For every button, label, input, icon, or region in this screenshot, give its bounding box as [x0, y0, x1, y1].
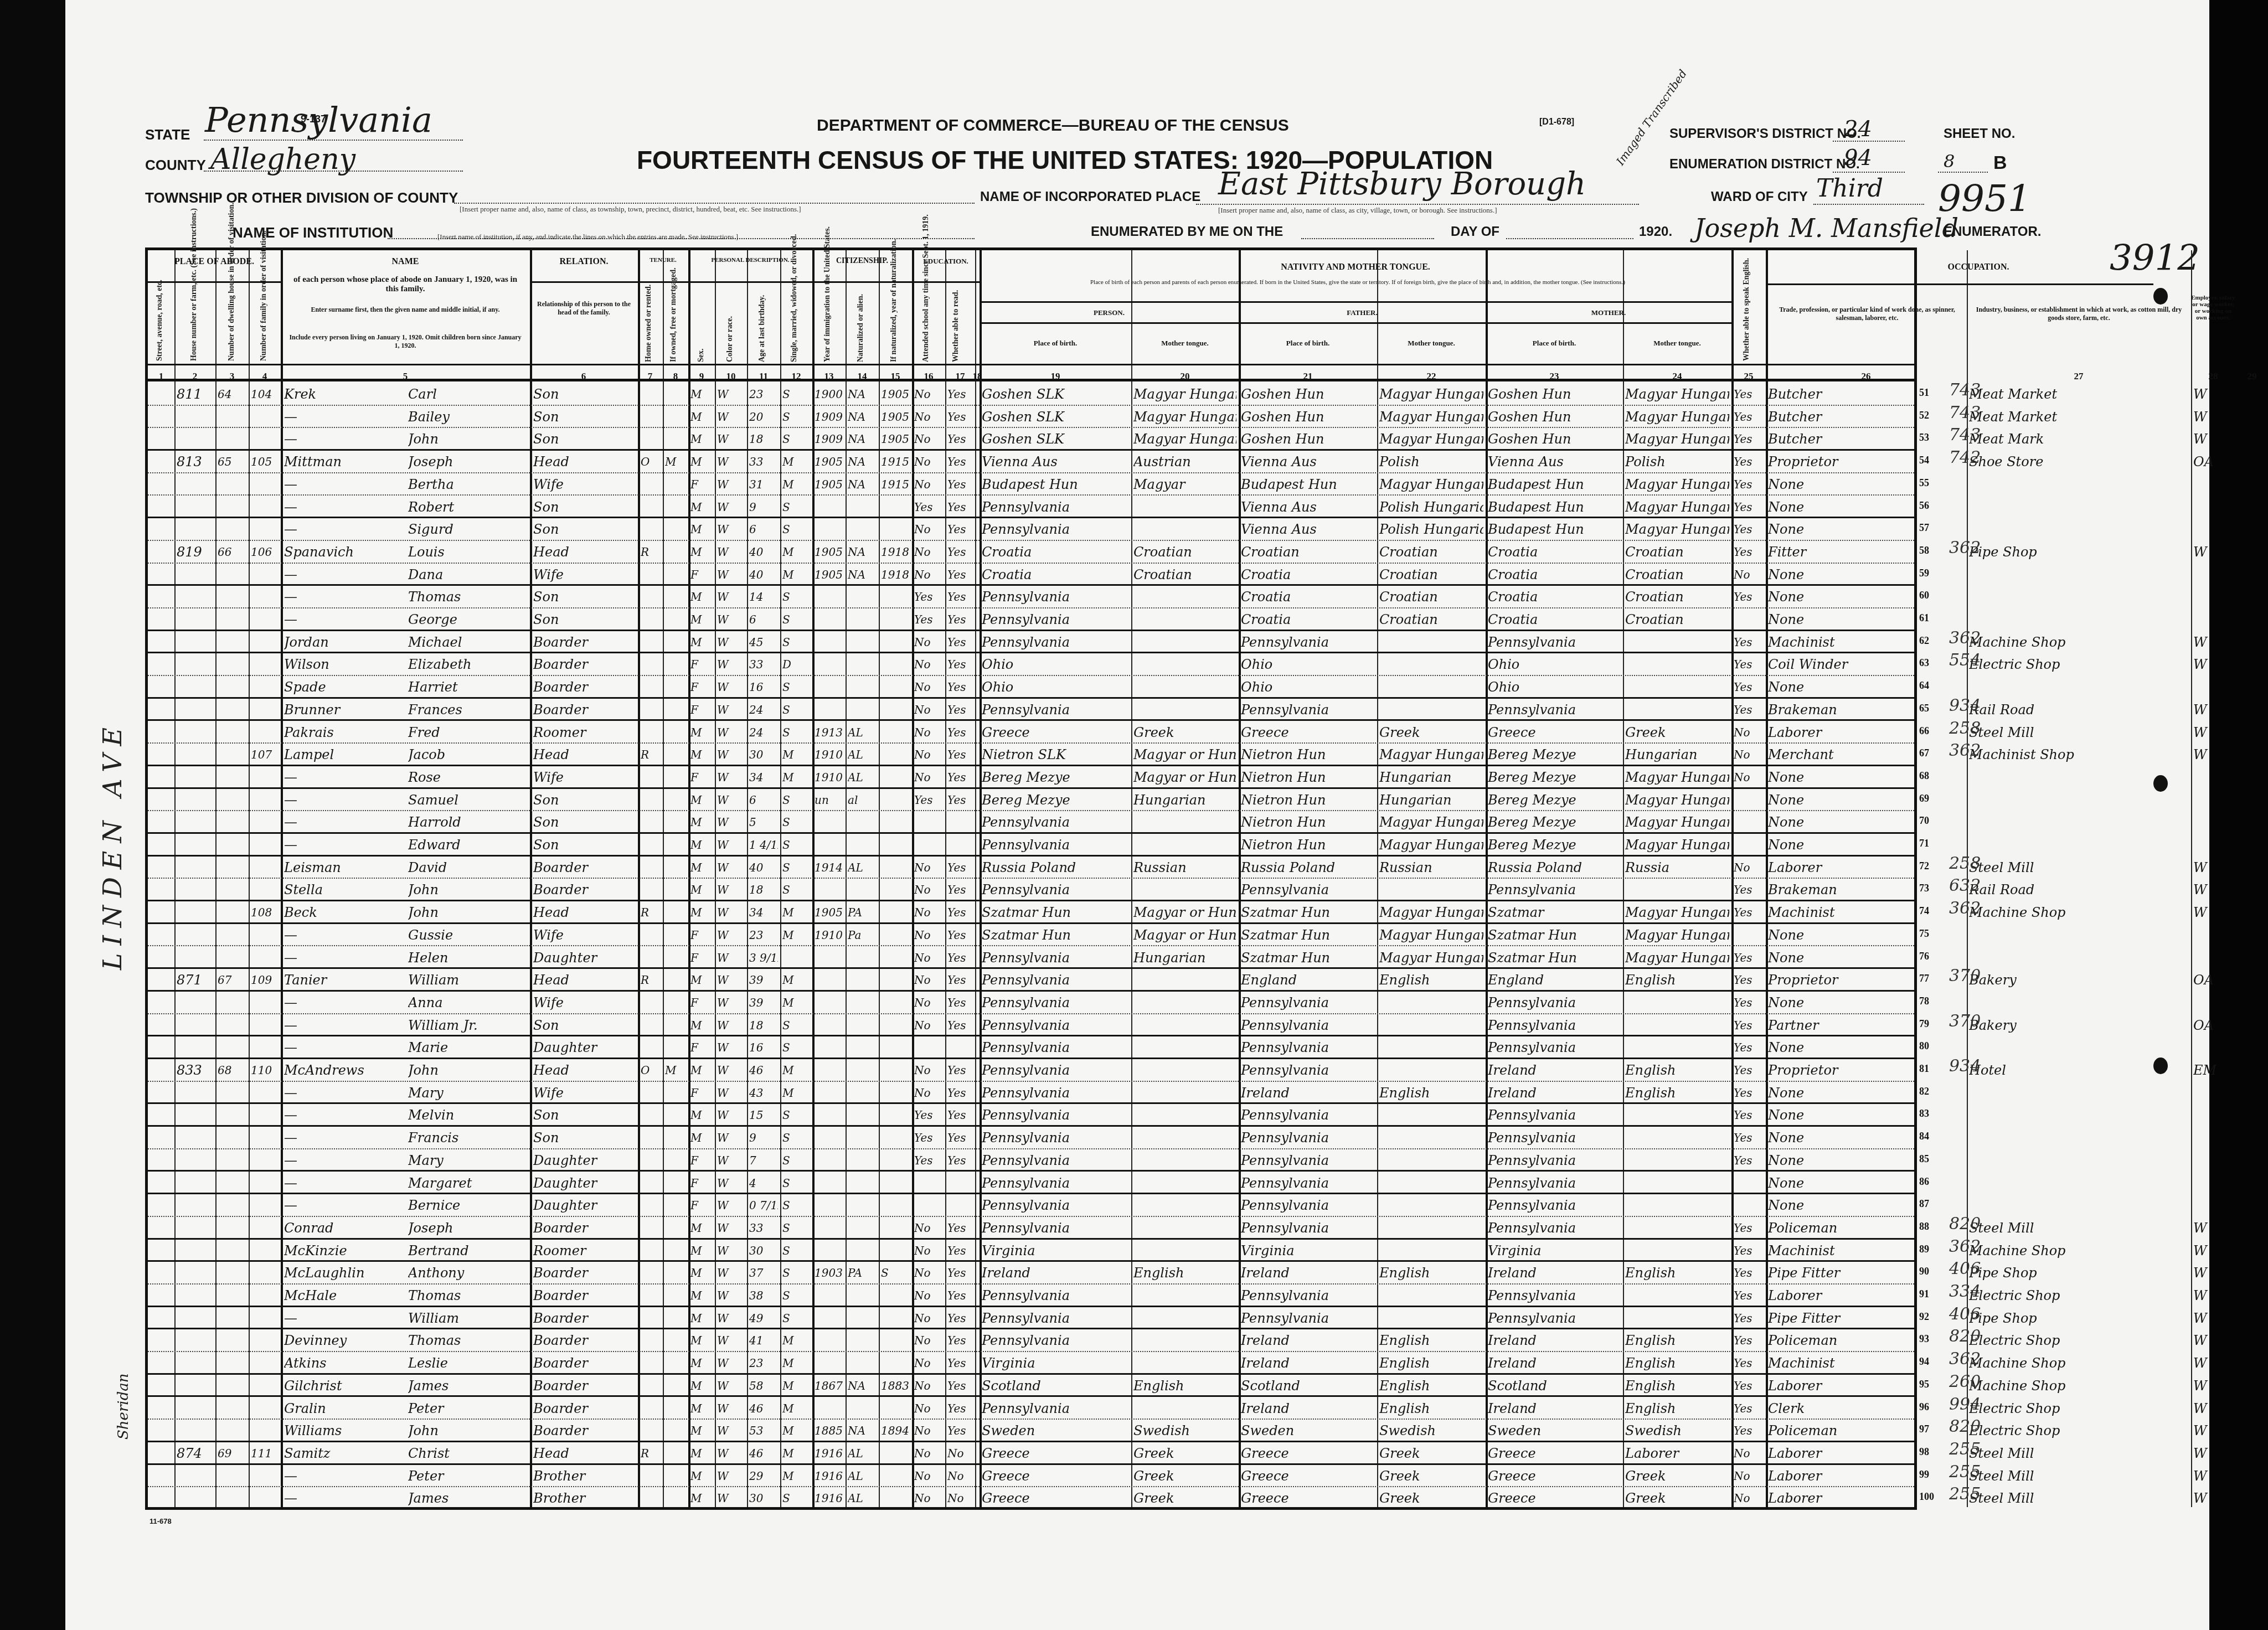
cell-sex: M: [690, 859, 713, 876]
cell-marital: S: [782, 430, 810, 448]
column-number: 4: [254, 371, 276, 382]
line-number: 73: [1919, 883, 1929, 894]
cell-race: W: [717, 949, 745, 967]
cell-class: OA: [2193, 1017, 2233, 1034]
cell-surname: —: [284, 520, 406, 538]
cell-race: W: [717, 994, 745, 1012]
cell-marital: S: [782, 678, 810, 696]
cell-trade: None: [1768, 768, 1965, 786]
cell-english: Yes: [1734, 971, 1765, 989]
margin-code: 362: [1949, 1349, 1981, 1369]
cell-class: W: [2193, 1309, 2233, 1327]
cell-m_tongue: Magyar Hungarian: [1625, 430, 1729, 448]
cell-marital: M: [782, 746, 810, 764]
cell-given: Bailey: [408, 408, 529, 426]
cell-given: John: [408, 904, 529, 921]
cell-industry: Meat Mark: [1969, 430, 2189, 448]
cell-f_tongue: English: [1379, 1377, 1483, 1395]
cell-home: R: [641, 904, 662, 921]
cell-english: Yes: [1734, 1354, 1765, 1372]
cell-f_tongue: Hungarian: [1379, 791, 1483, 809]
line-number: 70: [1919, 815, 1929, 827]
cell-nat: PA: [848, 904, 878, 921]
cell-relation: Wife: [533, 768, 636, 786]
cell-f_pob: Virginia: [1241, 1242, 1375, 1260]
sheet-label: SHEET NO.: [1944, 126, 2015, 142]
cell-f_tongue: Hungarian: [1379, 768, 1483, 786]
cell-age: 4: [749, 1174, 778, 1192]
cell-f_tongue: English: [1379, 971, 1483, 989]
cell-age: 39: [749, 971, 778, 989]
cell-m_tongue: Magyar Hungarian: [1625, 476, 1729, 493]
cell-f_pob: Pennsylvania: [1241, 1106, 1375, 1124]
cell-given: Dana: [408, 566, 529, 584]
incorporated-label: NAME OF INCORPORATED PLACE: [980, 189, 1200, 205]
cell-race: W: [717, 746, 745, 764]
cell-f_pob: Sweden: [1241, 1422, 1375, 1440]
cell-industry: Electric Shop: [1969, 1287, 2189, 1304]
cell-surname: —: [284, 1152, 406, 1169]
cell-english: Yes: [1734, 633, 1765, 651]
cell-relation: Boarder: [533, 1219, 636, 1237]
cell-natyr: 1918: [881, 566, 911, 584]
cell-sex: F: [690, 701, 713, 719]
cell-trade: None: [1768, 498, 1965, 516]
cell-m_tongue: English: [1625, 1084, 1729, 1102]
cell-relation: Daughter: [533, 1152, 636, 1169]
cell-m_tongue: Greek: [1625, 1467, 1729, 1485]
vheader-naturalized: Naturalized or alien.: [857, 285, 865, 362]
cell-english: Yes: [1734, 1400, 1765, 1417]
table-row: —GeorgeSonMW6SYesYesPennsylvaniaCroatiaC…: [148, 608, 1914, 631]
line-number: 97: [1919, 1423, 1929, 1435]
day-of-label: DAY OF: [1451, 224, 1499, 240]
cell-immig: 1903: [815, 1264, 844, 1282]
cell-industry: Machine Shop: [1969, 1242, 2189, 1260]
cell-pob: Pennsylvania: [982, 836, 1129, 854]
cell-m_pob: Pennsylvania: [1488, 994, 1621, 1012]
cell-race: W: [717, 1422, 745, 1440]
vheader-house: House number or farm, etc. (See instruct…: [190, 283, 198, 361]
cell-m_pob: Pennsylvania: [1488, 1309, 1621, 1327]
header-name-desc: of each person whose place of abode on J…: [286, 275, 524, 294]
cell-m_pob: Ireland: [1488, 1264, 1621, 1282]
table-row: —EdwardSonMW1 4/12SPennsylvaniaNietron H…: [148, 834, 1914, 857]
cell-m_tongue: Magyar Hungarian: [1625, 813, 1729, 831]
cell-f_pob: Russia Poland: [1241, 859, 1375, 876]
cell-m_pob: Pennsylvania: [1488, 1129, 1621, 1147]
cell-class: W: [2193, 543, 2233, 561]
cell-surname: Samitz: [284, 1445, 406, 1462]
column-number: 5: [394, 371, 416, 382]
margin-code: 406: [1949, 1259, 1981, 1278]
header-trade-desc: Trade, profession, or particular kind of…: [1770, 306, 1964, 322]
cell-industry: Machinist Shop: [1969, 746, 2189, 764]
cell-race: W: [717, 813, 745, 831]
cell-given: Leslie: [408, 1354, 529, 1372]
cell-f_pob: Croatia: [1241, 611, 1375, 628]
county-line: [204, 171, 463, 172]
cell-school: No: [914, 1264, 944, 1282]
cell-age: 46: [749, 1400, 778, 1417]
cell-industry: Steel Mill: [1969, 1219, 2189, 1237]
cell-relation: Son: [533, 498, 636, 516]
cell-f_pob: Budapest Hun: [1241, 476, 1375, 493]
cell-age: 9: [749, 498, 778, 516]
cell-surname: —: [284, 588, 406, 606]
cell-school: No: [914, 476, 944, 493]
cell-english: Yes: [1734, 588, 1765, 606]
cell-read: Yes: [947, 904, 975, 921]
cell-family: 108: [251, 904, 280, 921]
cell-m_tongue: Croatian: [1625, 588, 1729, 606]
street-name: LINDEN AVE: [97, 720, 127, 970]
cell-surname: Jordan: [284, 633, 406, 651]
column-number: 20: [1174, 371, 1196, 382]
cell-m_pob: Goshen Hun: [1488, 430, 1621, 448]
cell-tongue: Magyar Hungarian: [1133, 385, 1236, 403]
cell-immig: 1914: [815, 859, 844, 876]
margin-code: 820: [1949, 1214, 1981, 1234]
table-row: —FrancisSonMW9SYesYesPennsylvaniaPennsyl…: [148, 1127, 1914, 1149]
header-mother-tongue: Mother tongue.: [1623, 339, 1731, 348]
cell-marital: M: [782, 1354, 810, 1372]
line-number: 90: [1919, 1266, 1929, 1277]
cell-marital: M: [782, 453, 810, 471]
state-label: STATE: [145, 126, 190, 143]
cell-age: 33: [749, 656, 778, 673]
cell-relation: Boarder: [533, 701, 636, 719]
cell-f_pob: Pennsylvania: [1241, 1174, 1375, 1192]
cell-race: W: [717, 971, 745, 989]
cell-nat: NA: [848, 566, 878, 584]
line-number: 99: [1919, 1469, 1929, 1481]
cell-sex: M: [690, 543, 713, 561]
cell-given: Fred: [408, 724, 529, 741]
cell-pob: Budapest Hun: [982, 476, 1129, 493]
cell-read: Yes: [947, 1309, 975, 1327]
table-row: —SigurdSonMW6SNoYesPennsylvaniaVienna Au…: [148, 518, 1914, 541]
margin-code: 334: [1949, 1282, 1981, 1301]
cell-house: 811: [177, 385, 213, 403]
cell-english: Yes: [1734, 1129, 1765, 1147]
cell-f_tongue: Greek: [1379, 1445, 1483, 1462]
cell-m_tongue: English: [1625, 1332, 1729, 1349]
cell-race: W: [717, 1377, 745, 1395]
cell-read: Yes: [947, 994, 975, 1012]
cell-trade: None: [1768, 1174, 1965, 1192]
cell-m_pob: Budapest Hun: [1488, 520, 1621, 538]
cell-marital: M: [782, 543, 810, 561]
cell-m_tongue: English: [1625, 1354, 1729, 1372]
cell-given: Louis: [408, 543, 529, 561]
cell-age: 33: [749, 1219, 778, 1237]
header-mother-pob: Place of birth.: [1486, 339, 1623, 348]
cell-surname: —: [284, 1467, 406, 1485]
cell-english: Yes: [1734, 1106, 1765, 1124]
punch-hole: [2153, 288, 2168, 305]
line-number: 81: [1919, 1063, 1929, 1075]
enumerator-value: Joseph M. Mansfield: [1694, 213, 1958, 243]
cell-surname: McLaughlin: [284, 1264, 406, 1282]
cell-school: No: [914, 724, 944, 741]
cell-f_tongue: English: [1379, 1354, 1483, 1372]
cell-pob: Pennsylvania: [982, 971, 1129, 989]
cell-english: Yes: [1734, 385, 1765, 403]
cell-natyr: 1905: [881, 430, 911, 448]
cell-trade: Proprietor: [1768, 1061, 1965, 1079]
cell-class: W: [2193, 904, 2233, 921]
cell-sex: M: [690, 408, 713, 426]
cell-immig: un: [815, 791, 844, 809]
cell-english: No: [1734, 1445, 1765, 1462]
cell-relation: Son: [533, 1017, 636, 1034]
cell-read: Yes: [947, 1422, 975, 1440]
cell-given: John: [408, 1422, 529, 1440]
ward-value: Third: [1816, 174, 1883, 203]
cell-m_tongue: Laborer: [1625, 1445, 1729, 1462]
cell-race: W: [717, 1106, 745, 1124]
cell-class: W: [2193, 408, 2233, 426]
cell-sex: M: [690, 1106, 713, 1124]
cell-pob: Greece: [982, 724, 1129, 741]
ward-line: [1813, 204, 1924, 205]
cell-english: Yes: [1734, 881, 1765, 899]
cell-race: W: [717, 1219, 745, 1237]
cell-marital: S: [782, 813, 810, 831]
cell-read: Yes: [947, 1377, 975, 1395]
cell-surname: —: [284, 1196, 406, 1214]
line-number: 69: [1919, 793, 1929, 804]
line-number: 84: [1919, 1131, 1929, 1142]
cell-sex: F: [690, 656, 713, 673]
cell-read: Yes: [947, 724, 975, 741]
table-row: 81966106SpanavichLouisHeadRMW40M1905NA19…: [148, 541, 1914, 564]
cell-age: 40: [749, 566, 778, 584]
cell-relation: Wife: [533, 476, 636, 493]
cell-relation: Son: [533, 1129, 636, 1147]
column-number: 18: [966, 371, 988, 382]
line-number: 63: [1919, 657, 1929, 669]
cell-f_pob: England: [1241, 971, 1375, 989]
cell-f_pob: Nietron Hun: [1241, 791, 1375, 809]
cell-english: Yes: [1734, 1242, 1765, 1260]
cell-surname: Pakrais: [284, 724, 406, 741]
header-person-pob: Place of birth.: [980, 339, 1131, 348]
cell-relation: Boarder: [533, 1422, 636, 1440]
cell-industry: Meat Market: [1969, 385, 2189, 403]
cell-age: 5: [749, 813, 778, 831]
table-row: —SamuelSonMW6SunalYesYesBereg MezyeHunga…: [148, 789, 1914, 812]
cell-surname: Wilson: [284, 656, 406, 673]
cell-m_tongue: English: [1625, 1264, 1729, 1282]
table-row: —MaryDaughterFW7SYesYesPennsylvaniaPenns…: [148, 1149, 1914, 1172]
table-row: 108BeckJohnHeadRMW34M1905PANoYesSzatmar …: [148, 901, 1914, 924]
cell-race: W: [717, 1017, 745, 1034]
cell-class: W: [2193, 1264, 2233, 1282]
cell-industry: Steel Mill: [1969, 1489, 2189, 1507]
cell-f_pob: Nietron Hun: [1241, 746, 1375, 764]
cell-race: W: [717, 904, 745, 921]
cell-marital: M: [782, 768, 810, 786]
cell-immig: 1900: [815, 385, 844, 403]
cell-relation: Boarder: [533, 859, 636, 876]
cell-f_tongue: Magyar Hungarian: [1379, 746, 1483, 764]
cell-relation: Son: [533, 836, 636, 854]
cell-sex: M: [690, 724, 713, 741]
cell-trade: None: [1768, 1152, 1965, 1169]
cell-given: William: [408, 971, 529, 989]
line-number: 66: [1919, 725, 1929, 737]
cell-age: 16: [749, 678, 778, 696]
cell-trade: None: [1768, 520, 1965, 538]
cell-given: Mary: [408, 1152, 529, 1169]
cell-f_tongue: Magyar Hungarian: [1379, 476, 1483, 493]
column-number: 12: [785, 371, 807, 382]
cell-sex: M: [690, 1061, 713, 1079]
table-row: —MargaretDaughterFW4SPennsylvaniaPennsyl…: [148, 1172, 1914, 1195]
line-number: 61: [1919, 612, 1929, 624]
cell-f_pob: Ohio: [1241, 678, 1375, 696]
cell-given: Thomas: [408, 588, 529, 606]
header-tenure: TENURE.: [638, 257, 688, 264]
cell-marital: S: [782, 1174, 810, 1192]
cell-trade: None: [1768, 1196, 1965, 1214]
sheet-value: 8: [1944, 151, 1955, 172]
cell-school: No: [914, 859, 944, 876]
cell-class: W: [2193, 881, 2233, 899]
cell-f_pob: Nietron Hun: [1241, 836, 1375, 854]
cell-read: Yes: [947, 566, 975, 584]
cell-industry: Machine Shop: [1969, 904, 2189, 921]
cell-natyr: 1915: [881, 476, 911, 493]
cell-age: 0 7/12: [749, 1196, 778, 1214]
cell-pob: Pennsylvania: [982, 1196, 1129, 1214]
cell-read: Yes: [947, 1084, 975, 1102]
cell-surname: —: [284, 949, 406, 967]
line-number: 88: [1919, 1221, 1929, 1232]
cell-nat: NA: [848, 476, 878, 493]
cell-f_pob: Croatia: [1241, 566, 1375, 584]
cell-marital: M: [782, 1332, 810, 1349]
header-relation: RELATION.: [530, 257, 638, 267]
cell-marital: S: [782, 1039, 810, 1056]
cell-f_pob: Pennsylvania: [1241, 633, 1375, 651]
margin-code: 934: [1949, 696, 1981, 715]
cell-m_pob: Szatmar Hun: [1488, 926, 1621, 944]
cell-tongue: Swedish: [1133, 1422, 1236, 1440]
cell-m_pob: Vienna Aus: [1488, 453, 1621, 471]
cell-surname: Spade: [284, 678, 406, 696]
cell-age: 40: [749, 543, 778, 561]
vheader-school: Attended school any time since Sept. 1, …: [922, 285, 930, 362]
cell-tongue: Magyar or Hungarian: [1133, 926, 1236, 944]
table-row: —GussieWifeFW23M1910PaNoYesSzatmar HunMa…: [148, 924, 1914, 947]
cell-nat: PA: [848, 1264, 878, 1282]
cell-age: 18: [749, 1017, 778, 1034]
line-number: 60: [1919, 590, 1929, 601]
cell-given: Rose: [408, 768, 529, 786]
cell-nat: NA: [848, 1422, 878, 1440]
cell-given: Samuel: [408, 791, 529, 809]
cell-tongue: Russian: [1133, 859, 1236, 876]
cell-english: Yes: [1734, 994, 1765, 1012]
cell-given: Anthony: [408, 1264, 529, 1282]
cell-sex: M: [690, 633, 713, 651]
header-nativity-desc: Place of birth of each person and parent…: [1001, 279, 1715, 286]
cell-school: No: [914, 1467, 944, 1485]
cell-nat: NA: [848, 1377, 878, 1395]
margin-code: 255: [1949, 1484, 1981, 1504]
header-father-pob: Place of birth.: [1239, 339, 1377, 348]
cell-industry: Machine Shop: [1969, 1377, 2189, 1395]
cell-class: W: [2193, 656, 2233, 673]
cell-given: Francis: [408, 1129, 529, 1147]
cell-relation: Head: [533, 904, 636, 921]
cell-industry: Bakery: [1969, 1017, 2189, 1034]
cell-marital: S: [782, 385, 810, 403]
column-number: 29: [2241, 371, 2263, 382]
cell-relation: Head: [533, 971, 636, 989]
cell-age: 24: [749, 724, 778, 741]
cell-school: Yes: [914, 1106, 944, 1124]
cell-given: Melvin: [408, 1106, 529, 1124]
line-number: 80: [1919, 1040, 1929, 1052]
cell-marital: M: [782, 1467, 810, 1485]
cell-surname: Brunner: [284, 701, 406, 719]
cell-f_pob: Greece: [1241, 1489, 1375, 1507]
cell-natyr: 1894: [881, 1422, 911, 1440]
form-number: 9-137: [301, 114, 326, 125]
cell-class: W: [2193, 385, 2233, 403]
cell-relation: Boarder: [533, 1309, 636, 1327]
ward-label: WARD OF CITY: [1711, 189, 1808, 205]
cell-pob: Virginia: [982, 1242, 1129, 1260]
cell-english: No: [1734, 1467, 1765, 1485]
cell-trade: Laborer: [1768, 1445, 1965, 1462]
cell-school: Yes: [914, 498, 944, 516]
cell-marital: D: [782, 656, 810, 673]
cell-pob: Virginia: [982, 1354, 1129, 1372]
cell-f_tongue: Magyar Hungarian: [1379, 836, 1483, 854]
margin-code: 406: [1949, 1304, 1981, 1324]
cell-school: No: [914, 1084, 944, 1102]
cell-pob: Ohio: [982, 656, 1129, 673]
cell-relation: Boarder: [533, 1400, 636, 1417]
cell-race: W: [717, 611, 745, 628]
cell-pob: Pennsylvania: [982, 813, 1129, 831]
table-row: McKinzieBertrandRoomerMW30SNoYesVirginia…: [148, 1240, 1914, 1262]
cell-tongue: Magyar or Hungarian: [1133, 746, 1236, 764]
cell-surname: Spanavich: [284, 543, 406, 561]
cell-pob: Pennsylvania: [982, 498, 1129, 516]
cell-read: Yes: [947, 408, 975, 426]
cell-trade: Policeman: [1768, 1332, 1965, 1349]
cell-m_pob: Pennsylvania: [1488, 1106, 1621, 1124]
cell-school: Yes: [914, 791, 944, 809]
cell-m_pob: Pennsylvania: [1488, 881, 1621, 899]
enumerated-day-line: [1301, 238, 1434, 239]
punch-hole: [2153, 775, 2168, 792]
cell-f_tongue: English: [1379, 1264, 1483, 1282]
cell-race: W: [717, 1039, 745, 1056]
cell-tongue: English: [1133, 1264, 1236, 1282]
cell-dwelling: 67: [218, 971, 246, 989]
form-code: [D1-678]: [1539, 117, 1574, 127]
column-number: 26: [1855, 371, 1877, 382]
cell-given: Thomas: [408, 1332, 529, 1349]
cell-surname: —: [284, 408, 406, 426]
